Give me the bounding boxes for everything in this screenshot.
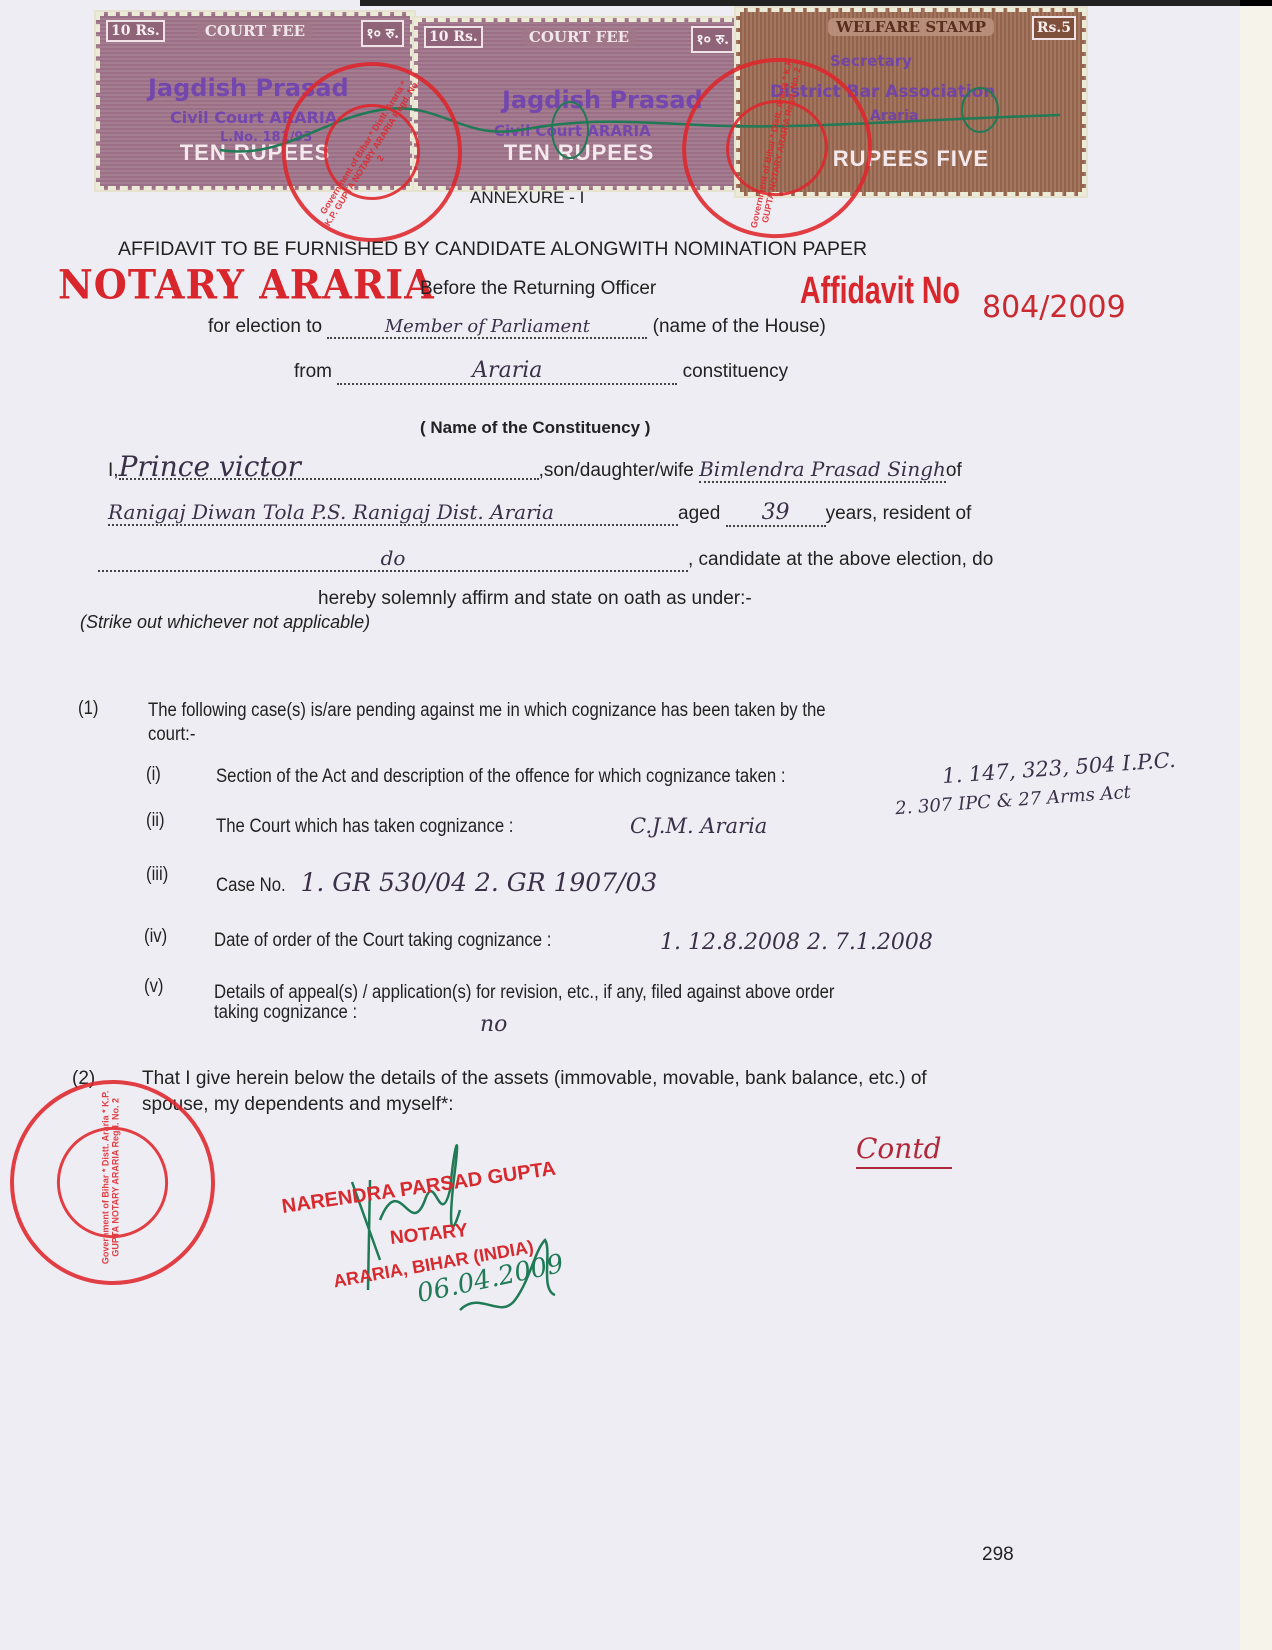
seal-text: Government of Bihar * Distt. Araria * K.… (101, 1079, 121, 1276)
affirmation: hereby solemnly affirm and state on oath… (318, 588, 752, 610)
stamp-value: 10 Rs. (106, 20, 165, 42)
section-text: court:- (148, 724, 195, 746)
item-number: (iii) (146, 864, 168, 886)
item-number: (iv) (144, 926, 167, 948)
address-line: Ranigaj Diwan Tola P.S. Ranigaj Dist. Ar… (108, 500, 971, 527)
label: ,son/daughter/wife (539, 460, 694, 481)
item-number: (i) (146, 764, 161, 786)
age-value: 39 (726, 500, 826, 527)
candidate-name: Prince victor (119, 456, 539, 480)
constituency-caption: ( Name of the Constituency ) (420, 418, 650, 438)
item-number: (ii) (146, 810, 165, 832)
item-label: Section of the Act and description of th… (216, 766, 785, 788)
strike-note: (Strike out whichever not applicable) (80, 612, 370, 633)
annexure-label: ANNEXURE - I (470, 188, 584, 208)
candidate-line: I,Prince victor,son/daughter/wife Bimlen… (108, 456, 962, 483)
item-label: Case No. (216, 875, 286, 897)
stamp-value-hindi: १० रु. (361, 20, 404, 47)
label: of (946, 460, 962, 481)
affidavit-no-stamp: Affidavit No (800, 270, 960, 313)
document-title: AFFIDAVIT TO BE FURNISHED BY CANDIDATE A… (118, 238, 867, 261)
section-text: The following case(s) is/are pending aga… (148, 700, 826, 722)
page-number: 298 (982, 1544, 1014, 1566)
scan-edge (1240, 0, 1272, 6)
label: , candidate at the above election, do (688, 549, 993, 570)
scan-edge (360, 0, 1272, 6)
returning-officer-line: Before the Returning Officer (420, 278, 656, 300)
stamp-value-hindi: १० रु. (691, 26, 734, 53)
seal-text: Government of Bihar * Distt. Araria * K.… (748, 53, 805, 235)
case-line: Case No. 1. GR 530/04 2. GR 1907/03 (216, 868, 657, 897)
stamp-overprint: Secretary (830, 52, 912, 70)
notary-araria-stamp: NOTARY ARARIA (58, 261, 435, 308)
label: from (294, 361, 332, 382)
section-number: (1) (78, 698, 98, 720)
label: for election to (208, 316, 322, 337)
item-value-court: C.J.M. Araria (630, 814, 767, 838)
constituency-value: Araria (337, 358, 677, 385)
election-value: Member of Parliament (327, 316, 647, 339)
item-label: Details of appeal(s) / application(s) fo… (214, 982, 834, 1004)
stamp-value: 10 Rs. (424, 26, 483, 48)
label: aged (678, 503, 720, 524)
label: years, resident of (826, 503, 972, 524)
seal-text: Government of Bihar * Distt. Araria * K.… (313, 72, 430, 234)
section-text: spouse, my dependents and myself*: (142, 1094, 454, 1116)
stamp-title: COURT FEE (197, 22, 313, 40)
resident-value: do (98, 546, 688, 572)
constituency-line: from Araria constituency (294, 358, 788, 385)
resident-line: do, candidate at the above election, do (98, 546, 993, 572)
item-label: The Court which has taken cognizance : (216, 816, 513, 838)
section-text: That I give herein below the details of … (142, 1068, 927, 1090)
item-value-appeal: no (480, 1012, 507, 1037)
election-line: for election to Member of Parliament (na… (208, 316, 826, 339)
item-label: taking cognizance : (214, 1002, 357, 1024)
item-number: (v) (144, 976, 163, 998)
affidavit-number: 804/2009 (982, 290, 1126, 325)
parent-name: Bimlendra Prasad Singh (699, 457, 946, 483)
address-value: Ranigaj Diwan Tola P.S. Ranigaj Dist. Ar… (108, 500, 678, 526)
stamp-title: COURT FEE (521, 28, 637, 46)
label: (name of the House) (653, 316, 826, 337)
item-value-case-no: 1. GR 530/04 2. GR 1907/03 (300, 868, 657, 897)
contd-note: Contd (856, 1132, 952, 1169)
stamp-value: Rs.5 (1032, 16, 1076, 40)
stamp-title: WELFARE STAMP (828, 18, 994, 36)
label: I, (108, 460, 119, 481)
item-value-date: 1. 12.8.2008 2. 7.1.2008 (660, 930, 933, 955)
item-label: Date of order of the Court taking cogniz… (214, 930, 551, 952)
label: constituency (683, 361, 789, 382)
